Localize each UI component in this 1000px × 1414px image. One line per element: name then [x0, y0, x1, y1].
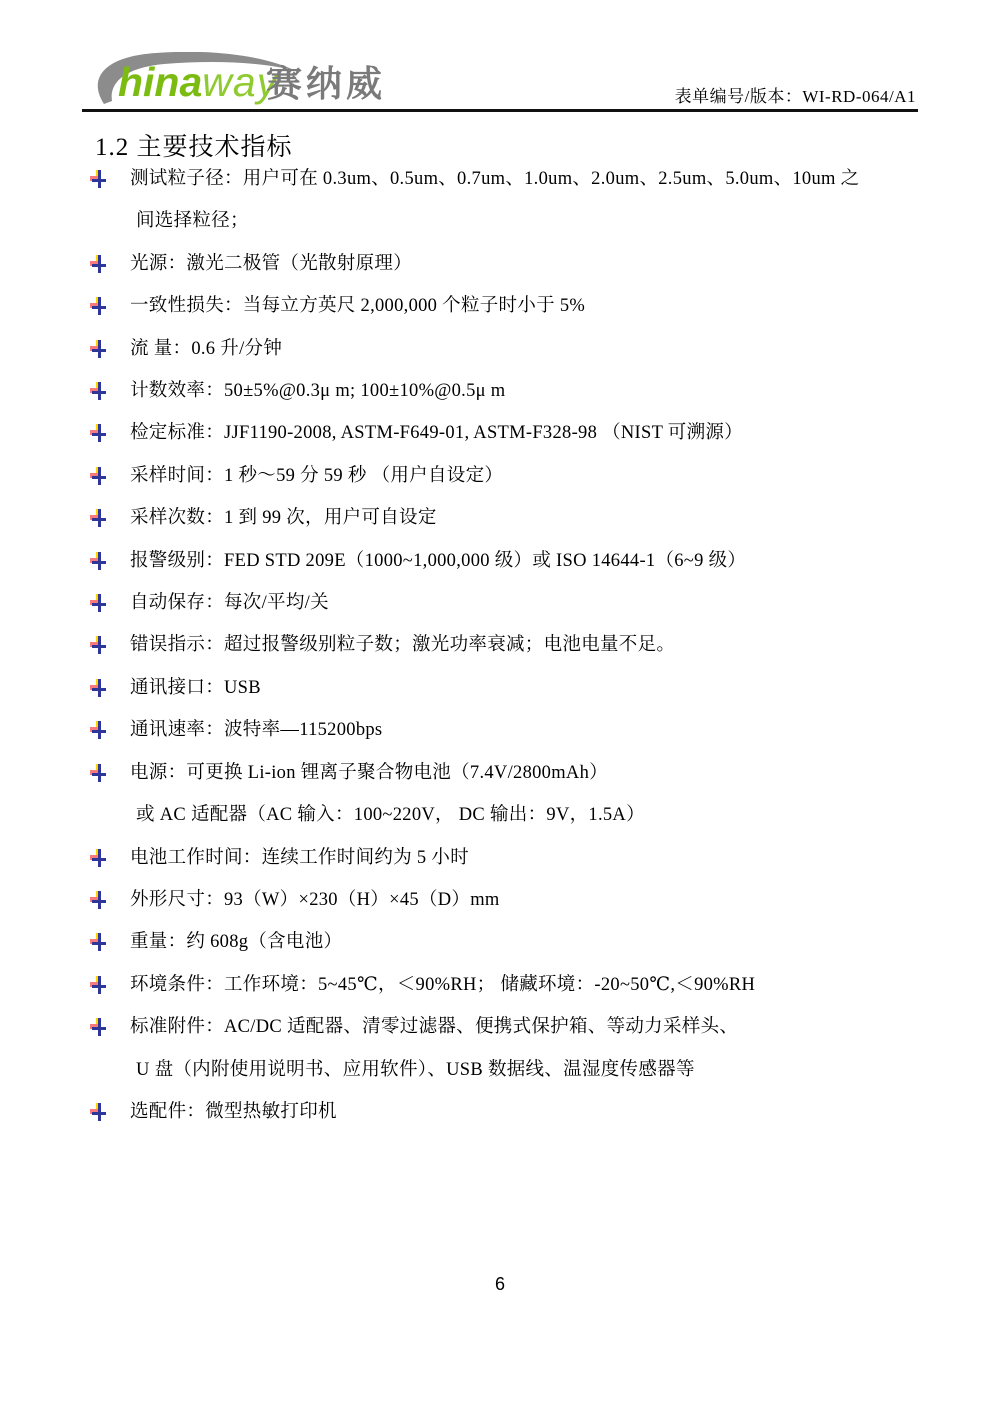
spec-text: 光源：激光二极管（光散射原理）	[130, 243, 922, 285]
colored-arrow-bullet-icon	[82, 921, 130, 963]
spec-line: 环境条件：工作环境：5~45℃，＜90%RH； 储藏环境：-20~50℃,＜90…	[130, 964, 922, 1006]
spec-text: 一致性损失：当每立方英尺 2,000,000 个粒子时小于 5%	[130, 285, 922, 327]
colored-arrow-bullet-icon	[82, 370, 130, 412]
spec-line: 标准附件：AC/DC 适配器、清零过滤器、便携式保护箱、等动力采样头、	[130, 1006, 922, 1048]
spec-list: 测试粒子径：用户可在 0.3um、0.5um、0.7um、1.0um、2.0um…	[82, 158, 922, 1133]
spec-line: 通讯接口：USB	[130, 667, 922, 709]
spec-line: U 盘（内附使用说明书、应用软件）、USB 数据线、温湿度传感器等	[130, 1049, 922, 1091]
spec-line: 测试粒子径：用户可在 0.3um、0.5um、0.7um、1.0um、2.0um…	[130, 158, 922, 200]
spec-text: 流 量：0.6 升/分钟	[130, 328, 922, 370]
spec-text: 电源：可更换 Li-ion 锂离子聚合物电池（7.4V/2800mAh）或 AC…	[130, 752, 922, 837]
colored-arrow-bullet-icon	[82, 455, 130, 497]
spec-line: 计数效率：50±5%@0.3μ m; 100±10%@0.5μ m	[130, 370, 922, 412]
spec-line: 报警级别：FED STD 209E（1000~1,000,000 级）或 ISO…	[130, 540, 922, 582]
spec-item: 采样时间：1 秒～59 分 59 秒 （用户自设定）	[82, 455, 922, 497]
colored-arrow-bullet-icon	[82, 879, 130, 921]
spec-item: 标准附件：AC/DC 适配器、清零过滤器、便携式保护箱、等动力采样头、U 盘（内…	[82, 1006, 922, 1091]
form-number-version: 表单编号/版本：WI-RD-064/A1	[675, 82, 916, 107]
spec-line: 错误指示：超过报警级别粒子数；激光功率衰减；电池电量不足。	[130, 624, 922, 666]
spec-item: 错误指示：超过报警级别粒子数；激光功率衰减；电池电量不足。	[82, 624, 922, 666]
spec-item: 环境条件：工作环境：5~45℃，＜90%RH； 储藏环境：-20~50℃,＜90…	[82, 964, 922, 1006]
spec-item: 采样次数：1 到 99 次，用户可自设定	[82, 497, 922, 539]
spec-line: 流 量：0.6 升/分钟	[130, 328, 922, 370]
spec-line: 重量：约 608g（含电池）	[130, 921, 922, 963]
spec-item: 计数效率：50±5%@0.3μ m; 100±10%@0.5μ m	[82, 370, 922, 412]
spec-line: 采样次数：1 到 99 次，用户可自设定	[130, 497, 922, 539]
colored-arrow-bullet-icon	[82, 328, 130, 370]
spec-text: 选配件：微型热敏打印机	[130, 1091, 922, 1133]
colored-arrow-bullet-icon	[82, 412, 130, 454]
header-divider	[82, 109, 918, 112]
colored-arrow-bullet-icon	[82, 709, 130, 751]
spec-line: 一致性损失：当每立方英尺 2,000,000 个粒子时小于 5%	[130, 285, 922, 327]
spec-text: 环境条件：工作环境：5~45℃，＜90%RH； 储藏环境：-20~50℃,＜90…	[130, 964, 922, 1006]
spec-line: 通讯速率：波特率—115200bps	[130, 709, 922, 751]
colored-arrow-bullet-icon	[82, 624, 130, 666]
spec-text: 采样次数：1 到 99 次，用户可自设定	[130, 497, 922, 539]
page-number: 6	[0, 1274, 1000, 1295]
spec-text: 通讯接口：USB	[130, 667, 922, 709]
spec-item: 流 量：0.6 升/分钟	[82, 328, 922, 370]
spec-item: 重量：约 608g（含电池）	[82, 921, 922, 963]
brand-name-hina: hina	[118, 59, 202, 105]
spec-item: 光源：激光二极管（光散射原理）	[82, 243, 922, 285]
spec-item: 报警级别：FED STD 209E（1000~1,000,000 级）或 ISO…	[82, 540, 922, 582]
spec-text: 自动保存：每次/平均/关	[130, 582, 922, 624]
spec-line: 选配件：微型热敏打印机	[130, 1091, 922, 1133]
colored-arrow-bullet-icon	[82, 243, 130, 285]
spec-text: 测试粒子径：用户可在 0.3um、0.5um、0.7um、1.0um、2.0um…	[130, 158, 922, 243]
spec-text: 采样时间：1 秒～59 分 59 秒 （用户自设定）	[130, 455, 922, 497]
spec-line: 间选择粒径；	[130, 200, 922, 242]
colored-arrow-bullet-icon	[82, 667, 130, 709]
spec-line: 电源：可更换 Li-ion 锂离子聚合物电池（7.4V/2800mAh）	[130, 752, 922, 794]
spec-item: 通讯速率：波特率—115200bps	[82, 709, 922, 751]
spec-text: 报警级别：FED STD 209E（1000~1,000,000 级）或 ISO…	[130, 540, 922, 582]
document-page: hinaway 赛纳威 表单编号/版本：WI-RD-064/A1 1.2 主要技…	[0, 0, 1000, 1414]
spec-line: 自动保存：每次/平均/关	[130, 582, 922, 624]
spec-text: 重量：约 608g（含电池）	[130, 921, 922, 963]
spec-text: 通讯速率：波特率—115200bps	[130, 709, 922, 751]
spec-text: 电池工作时间：连续工作时间约为 5 小时	[130, 837, 922, 879]
spec-text: 错误指示：超过报警级别粒子数；激光功率衰减；电池电量不足。	[130, 624, 922, 666]
spec-line: 检定标准：JJF1190-2008, ASTM-F649-01, ASTM-F3…	[130, 412, 922, 454]
spec-line: 电池工作时间：连续工作时间约为 5 小时	[130, 837, 922, 879]
spec-item: 外形尺寸：93（W）×230（H）×45（D）mm	[82, 879, 922, 921]
colored-arrow-bullet-icon	[82, 1006, 130, 1048]
spec-line: 外形尺寸：93（W）×230（H）×45（D）mm	[130, 879, 922, 921]
spec-item: 测试粒子径：用户可在 0.3um、0.5um、0.7um、1.0um、2.0um…	[82, 158, 922, 243]
spec-line: 采样时间：1 秒～59 分 59 秒 （用户自设定）	[130, 455, 922, 497]
spec-text: 标准附件：AC/DC 适配器、清零过滤器、便携式保护箱、等动力采样头、U 盘（内…	[130, 1006, 922, 1091]
spec-item: 一致性损失：当每立方英尺 2,000,000 个粒子时小于 5%	[82, 285, 922, 327]
colored-arrow-bullet-icon	[82, 497, 130, 539]
spec-line: 或 AC 适配器（AC 输入：100~220V， DC 输出：9V，1.5A）	[130, 794, 922, 836]
company-logo: hinaway 赛纳威	[88, 50, 508, 112]
spec-item: 电源：可更换 Li-ion 锂离子聚合物电池（7.4V/2800mAh）或 AC…	[82, 752, 922, 837]
colored-arrow-bullet-icon	[82, 837, 130, 879]
colored-arrow-bullet-icon	[82, 1091, 130, 1133]
colored-arrow-bullet-icon	[82, 752, 130, 794]
brand-name-chinese: 赛纳威	[266, 64, 386, 104]
spec-line: 光源：激光二极管（光散射原理）	[130, 243, 922, 285]
spec-text: 外形尺寸：93（W）×230（H）×45（D）mm	[130, 879, 922, 921]
colored-arrow-bullet-icon	[82, 540, 130, 582]
colored-arrow-bullet-icon	[82, 964, 130, 1006]
brand-name-latin: hinaway	[118, 62, 278, 103]
spec-text: 检定标准：JJF1190-2008, ASTM-F649-01, ASTM-F3…	[130, 412, 922, 454]
colored-arrow-bullet-icon	[82, 158, 130, 200]
spec-item: 通讯接口：USB	[82, 667, 922, 709]
spec-item: 电池工作时间：连续工作时间约为 5 小时	[82, 837, 922, 879]
spec-item: 检定标准：JJF1190-2008, ASTM-F649-01, ASTM-F3…	[82, 412, 922, 454]
spec-text: 计数效率：50±5%@0.3μ m; 100±10%@0.5μ m	[130, 370, 922, 412]
colored-arrow-bullet-icon	[82, 582, 130, 624]
spec-item: 自动保存：每次/平均/关	[82, 582, 922, 624]
colored-arrow-bullet-icon	[82, 285, 130, 327]
spec-item: 选配件：微型热敏打印机	[82, 1091, 922, 1133]
